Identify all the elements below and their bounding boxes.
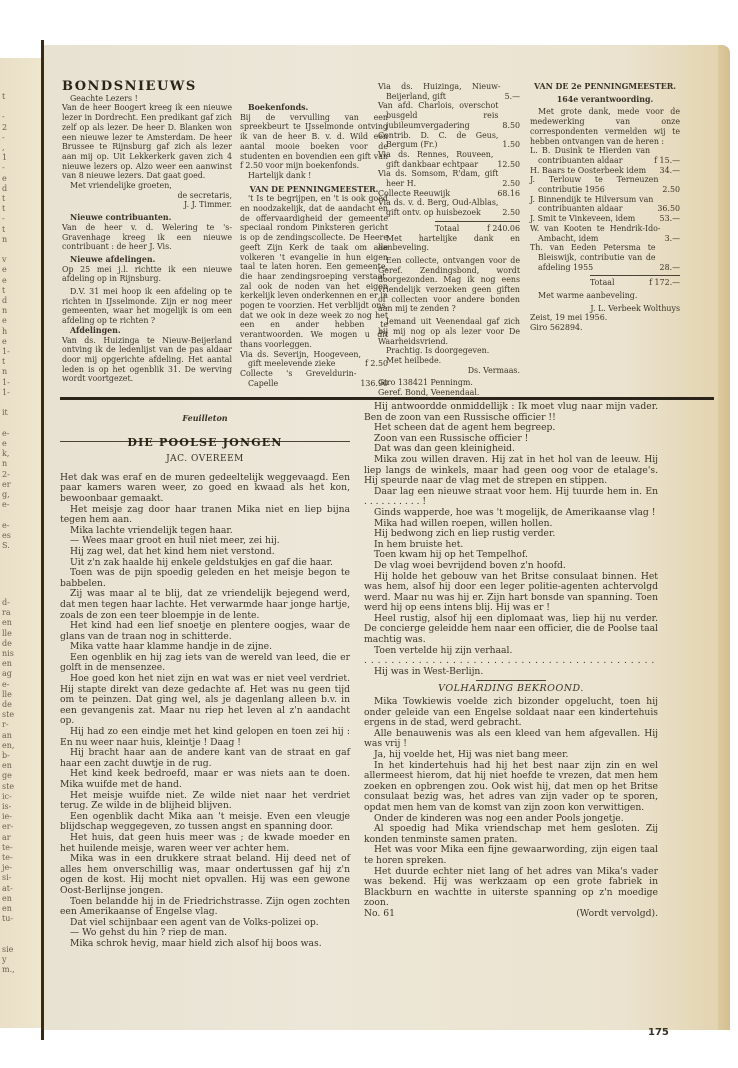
penningmeester-thanks: Met hartelijke dank en aanbeveling.: [378, 234, 520, 253]
to-be-continued: (Wordt vervolgd).: [576, 909, 658, 920]
story-paragraph: Mika was in een drukkere straat beland. …: [60, 854, 350, 896]
heading-afdelingen: Afdelingen.: [62, 326, 232, 336]
story-paragraph: Heel rustig, alsof hij een diplomaat was…: [364, 614, 658, 646]
penningmeester2-place-date: Zeist, 19 mei 1956.: [530, 313, 680, 323]
penningmeester2-subtitle: 164e verantwoording.: [530, 95, 680, 105]
penningmeester-note-3: Prachtig. Is doorgegeven.: [378, 346, 520, 356]
ledger-entry: L. B. Dusink te Hierden van contribuante…: [530, 146, 680, 165]
ledger-entry: Contrib. D. C. de Geus, Bergum (Fr.)1.50: [378, 131, 520, 150]
story-paragraph: Al spoedig had Mika vriendschap met hem …: [364, 824, 658, 845]
penningmeester2-column: VAN DE 2e PENNINGMEESTER. 164e verantwoo…: [530, 82, 680, 333]
feuilleton-column-1: Feuilleton DIE POOLSE JONGEN JAC. OVEREE…: [60, 413, 350, 950]
story-paragraph: Toen belandde hij in de Friedrichstrasse…: [60, 897, 350, 918]
story-paragraph: De vlag woei bevrijdend boven z'n hoofd.: [364, 561, 658, 572]
story-paragraph: Zij was maar al te blij, dat ze vriendel…: [60, 589, 350, 621]
story-footer: No. 61 (Wordt vervolgd).: [364, 909, 658, 920]
story-paragraph: Hoe goed kon het niet zijn en wat was er…: [60, 674, 350, 727]
adjacent-page-strip: t - 2 - , 1 - e d t t - t n v e e t d n …: [0, 58, 42, 1028]
story-paragraph: Het kind keek bedroefd, maar er was niet…: [60, 769, 350, 790]
story-paragraph: Ginds wapperde, hoe was 't mogelijk, de …: [364, 508, 658, 519]
story-text-2b: Mika Towkiewis voelde zich bizonder opge…: [364, 697, 658, 909]
story-paragraph: Hij had zo een eindje met het kind gelop…: [60, 727, 350, 748]
afdelingen-text-3: Van ds. Huizinga te Nieuw-Beijerland ont…: [62, 336, 232, 385]
adjacent-page-text: t - 2 - , 1 - e d t t - t n v e e t d n …: [2, 92, 11, 551]
penningmeester-total: Totaal f 240.06: [435, 221, 520, 234]
penningmeester2-title: VAN DE 2e PENNINGMEESTER.: [530, 82, 680, 92]
story-paragraph: Het was voor Mika een fijne gewaarwordin…: [364, 845, 658, 866]
ledger-entry: Th. van Eeden Petersma te Bleiswijk, con…: [530, 243, 680, 272]
ledger-entry: J. Terlouw te Terneuzen contributie 1956…: [530, 175, 680, 194]
story-paragraph: Het huis, dat geen huis meer was ; de kw…: [60, 833, 350, 854]
story-paragraph: Toen vertelde hij zijn verhaal.: [364, 646, 658, 657]
story-paragraph: In het kindertehuis had hij het best naa…: [364, 761, 658, 814]
ledger-entry: Collecte Reeuwijk68.16: [378, 189, 520, 199]
ledger-entry: Via ds. Somsom, R'dam, gift heer H.2.50: [378, 169, 520, 188]
contrib-text: Van de heer v. d. Welering te 's-Gravenh…: [62, 223, 232, 252]
magazine-page: BONDSNIEUWS Geachte Lezers ! Van de heer…: [44, 45, 728, 1030]
penningmeester-text: 't Is te begrijpen, en 't is ook goed en…: [240, 194, 388, 349]
adjacent-page-text-lower: d- ra en lle de nis en ag e- lle de ste …: [2, 598, 15, 976]
ledger-entry: Van afd. Charlois, overschot busgeld rei…: [378, 101, 520, 130]
penningmeester2-giro: Giro 562894.: [530, 323, 680, 333]
bondsnieuws-column: BONDSNIEUWS Geachte Lezers ! Van de heer…: [62, 82, 232, 384]
penningmeester-giro: Giro 138421 Penningm.: [378, 378, 520, 388]
section-divider: [60, 397, 714, 400]
story-paragraph: Hij antwoordde onmiddellijk : Ik moet vl…: [364, 402, 658, 423]
signature-name: J. J. Timmer.: [62, 200, 232, 210]
penningmeester-note-2: Iemand uit Veenendaal gaf zich bij mij n…: [378, 317, 520, 346]
heading-new-afdelingen: Nieuwe afdelingen.: [62, 255, 232, 265]
story-paragraph: Een ogenblik en hij zag iets van de were…: [60, 653, 350, 674]
story-after-dots: Hij was in West-Berlijn.: [364, 667, 658, 678]
penningmeester-entries-a: Via ds. Severijn, Hoogeveen, gift meelev…: [240, 350, 388, 389]
signature-role: de secretaris,: [62, 191, 232, 201]
feuilleton-column-2: Hij antwoordde onmiddellijk : Ik moet vl…: [364, 402, 658, 920]
boekenfonds-column: Boekenfonds. Bij de vervulling van een s…: [240, 82, 388, 388]
short-rule: [476, 680, 546, 681]
story-paragraph: Hij bracht haar aan de andere kant van d…: [60, 748, 350, 769]
page-edge: [718, 45, 730, 1030]
story-text-2a: Hij antwoordde onmiddellijk : Ik moet vl…: [364, 402, 658, 656]
story-author: JAC. OVEREEM: [60, 454, 350, 465]
story-paragraph: Het meisje zag door haar tranen Mika nie…: [60, 505, 350, 526]
penningmeester-title: VAN DE PENNINGMEESTER.: [240, 185, 388, 195]
story-text-1: Het dak was eraf en de muren gedeeltelij…: [60, 473, 350, 950]
story-paragraph: Alle benauwenis was als een kleed van he…: [364, 729, 658, 750]
penningmeester2-closing: Met warme aanbeveling.: [530, 291, 680, 301]
story-paragraph: Daar lag een nieuwe straat voor hem. Hij…: [364, 487, 658, 508]
story-paragraph: Het dak was eraf en de muren gedeeltelij…: [60, 473, 350, 505]
episode-number: No. 61: [364, 909, 395, 920]
greeting: Geachte Lezers !: [62, 94, 232, 104]
penningmeester-note-1: Een collecte, ontvangen voor de Geref. Z…: [378, 256, 520, 314]
bondsnieuws-intro: Van de heer Boogert kreeg ik een nieuwe …: [62, 103, 232, 181]
story-paragraph: Mika schrok hevig, maar hield zich alsof…: [60, 939, 350, 950]
penningmeester-note-4: Met heilbede.: [378, 356, 520, 366]
story-paragraph: Een ogenblik dacht Mika aan 't meisje. E…: [60, 812, 350, 833]
story-paragraph: Mika zou willen draven. Hij zat in het h…: [364, 455, 658, 487]
feuilleton-kicker: Feuilleton: [60, 413, 350, 424]
ledger-entry: Via ds. Huizinga, Nieuw-Beijerland, gift…: [378, 82, 520, 101]
story-subhead: VOLHARDING BEKROOND.: [364, 684, 658, 695]
boekenfonds-thanks: Hartelijk dank !: [240, 171, 388, 181]
closing: Met vriendelijke groeten,: [62, 181, 232, 191]
ledger-entry: Via ds. Rennes, Rouveen, gift dankbaar e…: [378, 150, 520, 169]
story-paragraph: Hij holde het gebouw van het Britse cons…: [364, 572, 658, 614]
story-paragraph: Het kind had een lief snoetje en plenter…: [60, 621, 350, 642]
penningmeester2-entries: L. B. Dusink te Hierden van contribuante…: [530, 146, 680, 272]
penningmeester-column: Via ds. Huizinga, Nieuw-Beijerland, gift…: [378, 82, 520, 398]
page-number: 175: [648, 1027, 669, 1038]
ledger-entry: J. Binnendijk te Hilversum van contribua…: [530, 195, 680, 214]
ledger-entry: Via ds. v. d. Berg, Oud-Alblas, gift ont…: [378, 198, 520, 217]
story-paragraph: Toen was de pijn spoedig geleden en het …: [60, 568, 350, 589]
story-paragraph: Hij zag wel, dat het kind hem niet verst…: [60, 547, 350, 558]
ledger-entry: Via ds. Severijn, Hoogeveen, gift meelev…: [240, 350, 388, 369]
story-paragraph: Het meisje wuifde niet. Ze wilde niet na…: [60, 791, 350, 812]
afdelingen-text-1: Op 25 mei j.l. richtte ik een nieuwe afd…: [62, 265, 232, 284]
penningmeester-signature: Ds. Vermaas.: [378, 366, 520, 376]
ledger-entry: Collecte 's Greveldurin-Capelle136.90: [240, 369, 388, 388]
afdelingen-text-2: D.V. 31 mei hoop ik een afdeling op te r…: [62, 287, 232, 326]
heading-contrib: Nieuwe contribuanten.: [62, 213, 232, 223]
ledger-entry: W. van Kooten te Hendrik-Ido-Ambacht, id…: [530, 224, 680, 243]
boekenfonds-text: Bij de vervulling van een spreekbeurt te…: [240, 113, 388, 171]
bondsnieuws-title: BONDSNIEUWS: [62, 82, 232, 92]
story-paragraph: Ja, hij voelde het, Hij was niet bang me…: [364, 750, 658, 761]
penningmeester2-total: Totaal f 172.—: [590, 275, 680, 288]
ledger-entry: J. Smit te Vinkeveen, idem53.—: [530, 214, 680, 224]
heading-boekenfonds: Boekenfonds.: [240, 103, 388, 113]
ledger-entry: H. Baars te Oosterbeek idem34.—: [530, 166, 680, 176]
story-paragraph: Mika Towkiewis voelde zich bizonder opge…: [364, 697, 658, 729]
story-paragraph: Het duurde echter niet lang of het adres…: [364, 867, 658, 909]
penningmeester2-intro: Met grote dank, mede voor de medewerking…: [530, 107, 680, 146]
penningmeester2-signature: J. L. Verbeek Wolthuys: [530, 304, 680, 314]
story-title: DIE POOLSE JONGEN: [60, 438, 350, 449]
penningmeester-entries-b: Via ds. Huizinga, Nieuw-Beijerland, gift…: [378, 82, 520, 218]
